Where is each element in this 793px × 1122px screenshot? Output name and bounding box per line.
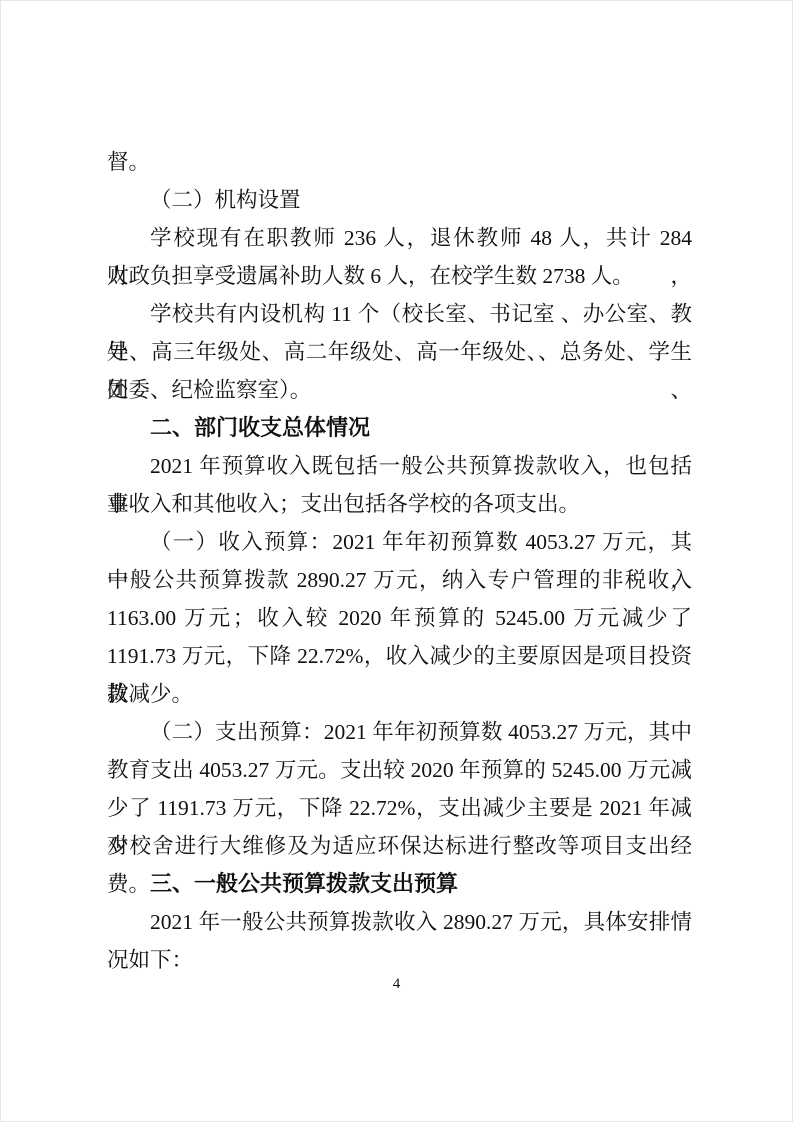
text-line: 一般公共预算拨款 2890.27 万元，纳入专户管理的非税收入 (107, 561, 692, 599)
text-line: 1163.00 万元；收入较 2020 年预算的 5245.00 万元减少了 (107, 599, 692, 637)
text-line: 学校现有在职教师 236 人，退休教师 48 人，共计 284 人， (107, 219, 692, 257)
text-line: 2021 年预算收入既包括一般公共预算拨款收入，也包括事 (107, 447, 692, 485)
section-heading-3: 三、一般公共预算拨款支出预算 (107, 865, 692, 903)
text-line: 少了 1191.73 万元，下降 22.72%，支出减少主要是 2021 年减少 (107, 789, 692, 827)
text-line: 款减少。 (107, 675, 692, 713)
text-line: 2021 年一般公共预算拨款收入 2890.27 万元，具体安排情 (107, 903, 692, 941)
text-line: （一）收入预算：2021 年年初预算数 4053.27 万元，其中， (107, 523, 692, 561)
text-line: 业收入和其他收入；支出包括各学校的各项支出。 (107, 485, 692, 523)
text-line: 教育支出 4053.27 万元。支出较 2020 年预算的 5245.00 万元… (107, 751, 692, 789)
subsection-heading: （二）机构设置 (107, 181, 692, 219)
text-line: 督。 (107, 143, 692, 181)
section-heading-2: 二、部门收支总体情况 (107, 409, 692, 447)
document-page: 督。 （二）机构设置 学校现有在职教师 236 人，退休教师 48 人，共计 2… (0, 0, 793, 1122)
text-line: 处、高三年级处、高二年级处、高一年级处、、总务处、学生处、 (107, 333, 692, 371)
text-line: 1191.73 万元，下降 22.72%，收入减少的主要原因是项目投资拨 (107, 637, 692, 675)
text-line: 学校共有内设机构 11 个（校长室、书记室 、办公室、教导 (107, 295, 692, 333)
document-body: 督。 （二）机构设置 学校现有在职教师 236 人，退休教师 48 人，共计 2… (107, 143, 692, 979)
page-number: 4 (1, 973, 792, 995)
text-line: 财政负担享受遗属补助人数 6 人，在校学生数 2738 人。 (107, 257, 692, 295)
text-line: 对校舍进行大维修及为适应环保达标进行整改等项目支出经费。 (107, 827, 692, 865)
text-line: （二）支出预算：2021 年年初预算数 4053.27 万元，其中 (107, 713, 692, 751)
